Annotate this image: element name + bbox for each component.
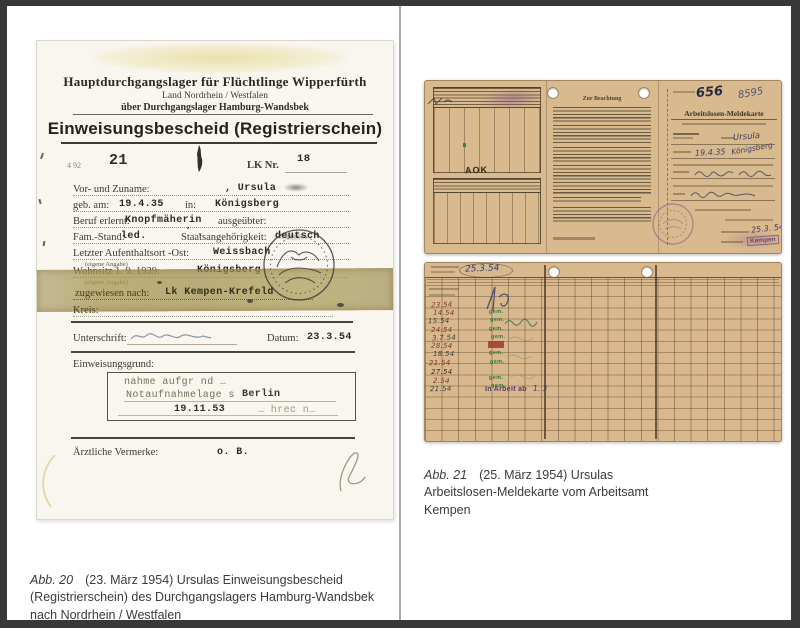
field-label: Vor- und Zuname: — [73, 184, 150, 195]
handwritten-mark — [426, 94, 456, 108]
beruf-label — [673, 193, 685, 195]
field-label2: Staatsangehörigkeit: — [181, 232, 267, 243]
handwritten-date: 18.54 — [433, 350, 455, 358]
figure-text: (23. März 1954) Ursulas Einweisungsbesch… — [30, 573, 374, 622]
vermerk-value: o. B. — [217, 447, 249, 458]
arbeiter-angestellte-line — [695, 209, 751, 211]
handwritten-date: 28.54 — [431, 342, 453, 350]
field-value2: Königsberg — [215, 199, 279, 210]
field-value: , Ursula — [225, 183, 276, 194]
field-value: led. — [121, 231, 147, 242]
section-rule — [71, 437, 355, 439]
speck — [43, 241, 46, 246]
book-page: Hauptdurchgangslager für Flüchtlinge Wip… — [7, 6, 791, 620]
in-arbeit-stamp: In Arbeit ab — [485, 386, 527, 393]
field-label: Beruf erlernt: — [73, 216, 130, 227]
stamp-line3-value: 19.11.53 — [174, 404, 225, 415]
insurance-table — [433, 107, 541, 173]
field-label2: ausgeübter: — [218, 216, 266, 227]
header-rule — [73, 114, 373, 115]
section-rule — [71, 321, 353, 323]
paper-stain — [92, 43, 347, 73]
paragraph — [553, 165, 651, 194]
handwritten-date: 21.54 — [429, 359, 451, 367]
date-value: 23.3.54 — [307, 332, 352, 343]
paragraph — [553, 197, 641, 204]
wohnort-label — [673, 171, 689, 173]
stamp-line2-value: Berlin — [242, 389, 280, 400]
geb-datum-handwriting: 19.4.35 — [695, 147, 726, 158]
ink-smudge — [283, 183, 309, 192]
wohnungsaenderung-line — [673, 185, 773, 187]
field-line — [671, 157, 775, 159]
regnr-label — [673, 91, 695, 93]
stamp-dotted-line — [118, 415, 338, 416]
name-label2 — [673, 137, 693, 139]
speck — [199, 233, 201, 235]
gemeldet-stamp: gem. — [490, 359, 505, 366]
signature-handwriting — [129, 329, 214, 345]
field-value: Knopfmäherin — [125, 215, 202, 226]
handwritten-date: 15.54 — [428, 317, 450, 325]
speck — [187, 227, 189, 229]
in-arbeit-value: 1. 3 — [533, 384, 547, 393]
stamp-column: gem.gem.gem.gem.gem.gem.gem.gem. — [487, 263, 517, 403]
gemeldet-stamp: gem. — [491, 334, 506, 340]
table-header — [433, 178, 541, 193]
notice-title: Zur Beachtung — [551, 96, 653, 102]
title-rule — [61, 142, 377, 144]
paragraph — [553, 107, 651, 122]
stamp-line1: nahme aufgr nd … — [124, 377, 226, 388]
serial-faint-mark: 4 92 — [67, 161, 81, 170]
field-line — [671, 199, 775, 201]
card-number-secondary: 8595 — [737, 86, 764, 101]
footnote-line — [553, 237, 595, 240]
punch-hole — [642, 267, 652, 277]
org-name: Hauptdurchgangslager für Flüchtlinge Wip… — [37, 74, 393, 90]
form-row-kreis: Kreis: — [73, 302, 333, 317]
speck — [38, 199, 41, 204]
name-label — [673, 133, 699, 135]
field-label: geb. am: — [73, 200, 109, 211]
signature-line — [127, 344, 237, 345]
card-title: Arbeitslosen-Meldekarte — [671, 109, 777, 120]
caption-abb21: Abb. 21(25. März 1954) Ursulas Arbeitslo… — [424, 467, 682, 520]
field-label: Kreis: — [73, 305, 99, 316]
green-mark — [463, 143, 466, 147]
meldekarte-back-card: 25.3.54 23.5414.5415.5424.543.7.5428.541… — [424, 262, 782, 442]
familienstand-options — [673, 164, 773, 166]
field-label: zugewiesen nach: — [75, 288, 149, 299]
lk-label: LK Nr. — [247, 160, 279, 171]
speck — [157, 281, 162, 284]
handwritten-date: 27.54 — [431, 368, 453, 376]
field-label: Letzter Aufenthaltsort -Ost: — [73, 248, 189, 259]
grund-label: Einweisungsgrund: — [73, 359, 154, 370]
wohnort-handwriting — [693, 167, 777, 179]
paragraph — [553, 125, 651, 144]
lk-value: 18 — [297, 153, 310, 165]
page-divider — [399, 6, 401, 620]
gemeldet-stamp: gem. — [489, 350, 504, 356]
unterschrift-note — [725, 219, 773, 221]
org-region: Land Nordrhein / Westfalen — [37, 91, 393, 101]
form-row-name: Vor- und Zuname: , Ursula — [73, 181, 349, 196]
aok-handwriting: AOK — [465, 165, 488, 176]
vorname-handwriting: Ursula — [733, 131, 761, 143]
punch-hole — [549, 267, 559, 277]
einweisungsbescheid-document: Hauptdurchgangslager für Flüchtlinge Wip… — [36, 40, 394, 520]
caption-abb20: Abb. 20(23. März 1954) Ursulas Einweisun… — [30, 572, 402, 625]
paper-crease-mark — [37, 455, 59, 509]
vermerk-label: Ärztliche Vermerke: — [73, 447, 158, 458]
gemeldet-stamp: gem. — [490, 317, 505, 323]
org-camp: über Durchgangslager Hamburg-Wandsbek — [37, 102, 393, 113]
form-row-birth: geb. am: 19.4.35 in: Königsberg — [73, 197, 349, 212]
benefits-table — [433, 192, 541, 244]
form-row-beruf: Beruf erlernt: Knopfmäherin ausgeübter: — [73, 213, 349, 228]
group-separator — [544, 265, 546, 439]
stamp-dotted-line — [124, 401, 336, 402]
fold-line — [546, 81, 548, 253]
speck — [337, 303, 344, 307]
card-subtitle-line — [682, 123, 766, 125]
figure-number: Abb. 20 — [30, 573, 73, 587]
round-stamp — [261, 227, 337, 303]
stamp-line2-label: Notaufnahmelage s — [126, 390, 235, 401]
date-label: Datum: — [267, 333, 299, 344]
document-title: Einweisungsbescheid (Registrierschein) — [37, 119, 393, 139]
paragraph — [553, 147, 651, 162]
handwritten-date: 21.54 — [430, 385, 452, 393]
section-rule — [71, 351, 355, 353]
lk-line — [285, 172, 347, 173]
field-value: 19.4.35 — [119, 199, 164, 210]
pencil-scribble — [333, 447, 373, 499]
geboren-label — [673, 151, 691, 153]
gemeldet-stamp: gem. — [489, 309, 504, 316]
beruf-handwriting — [689, 189, 761, 199]
figure-number: Abb. 21 — [424, 468, 467, 482]
meldekarte-front-card: AOK Zur Beachtung 656 8595 Arbeitslosen-… — [424, 80, 782, 254]
ink-blot — [195, 145, 204, 173]
group-separator — [655, 265, 657, 439]
admission-stamp-box: nahme aufgr nd … Notaufnahmelage s Berli… — [107, 372, 356, 421]
field-label: Fam.-Stand: — [73, 232, 125, 243]
gemeldet-stamp: gem. — [489, 326, 503, 332]
speck — [40, 153, 44, 159]
field-value: Lk Kempen-Krefeld — [165, 287, 274, 298]
paragraph — [553, 207, 651, 222]
card-number-main: 656 — [695, 84, 723, 101]
date-column: 23.5414.5415.5424.543.7.5428.5418.5421.5… — [427, 263, 487, 403]
serial-number: 21 — [109, 152, 128, 169]
round-purple-stamp — [651, 202, 695, 246]
gemeldet-stamp: gem. — [489, 375, 503, 381]
field-label2: in: — [185, 200, 196, 211]
notice-paragraphs — [553, 107, 651, 225]
